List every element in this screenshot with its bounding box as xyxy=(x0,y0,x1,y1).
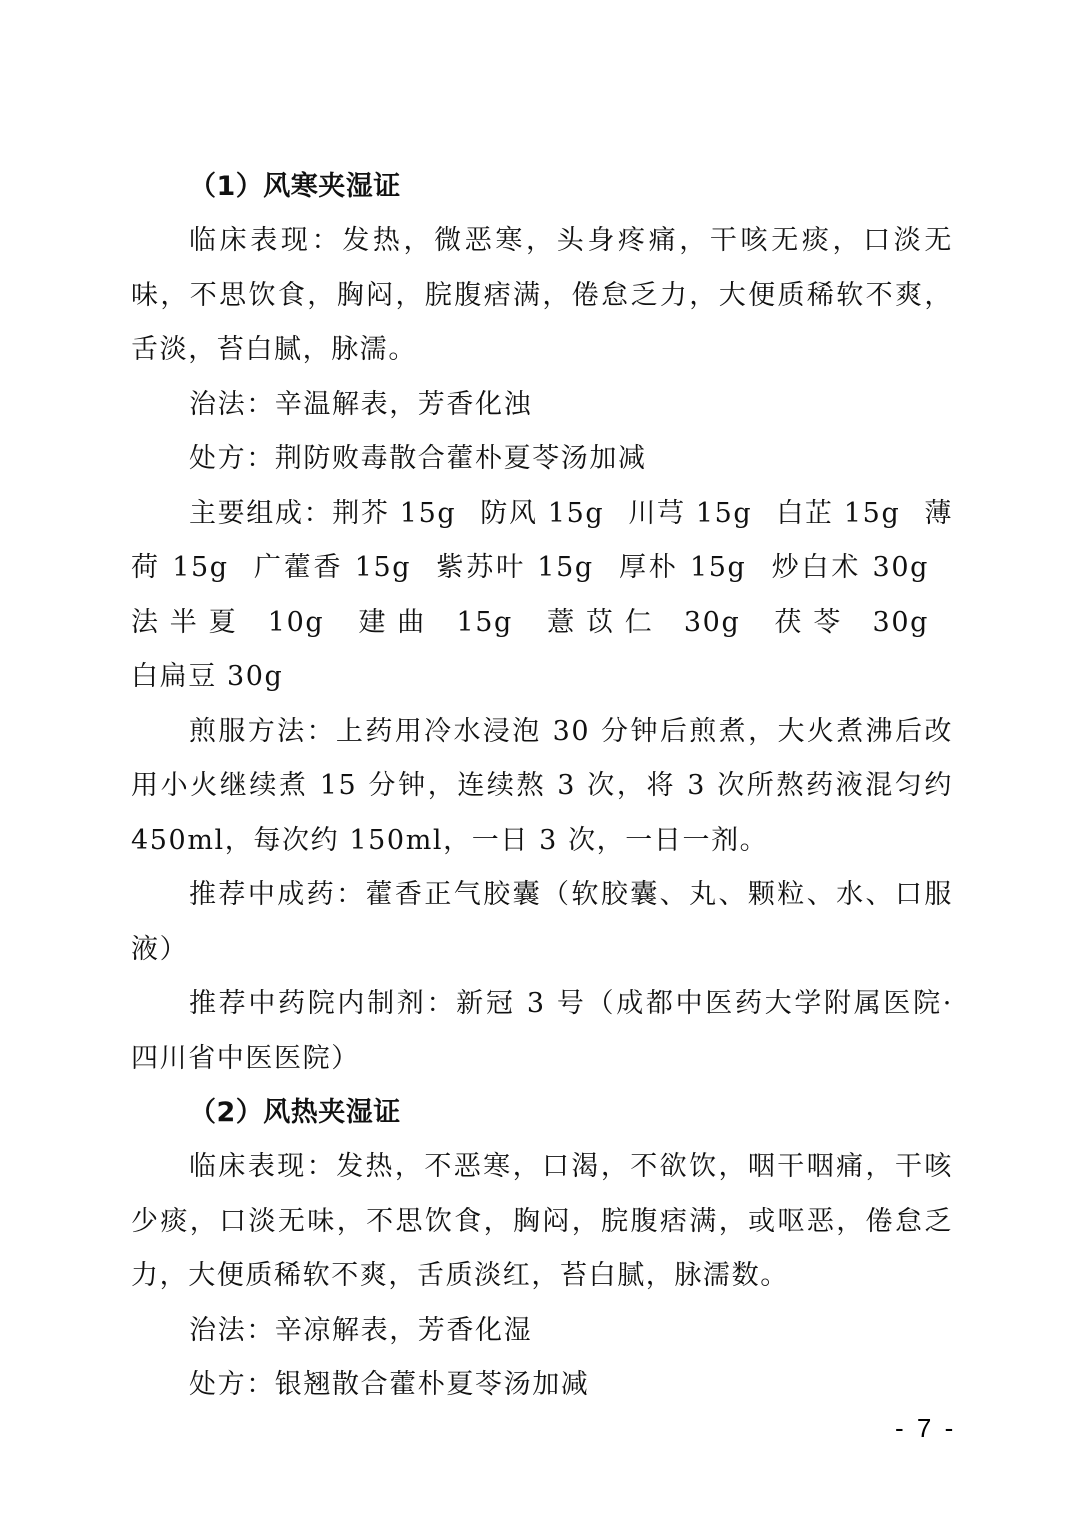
clinical-manifestation: 临床表现：发热，不恶寒，口渴，不欲饮，咽干咽痛，干咳少痰，口淡无味，不思饮食，胸… xyxy=(131,1140,953,1304)
ingredient: 荆芥 15g xyxy=(332,498,456,529)
prescription: 处方：荆防败毒散合藿朴夏苓汤加减 xyxy=(131,432,953,487)
ingredient: 建曲 15g xyxy=(348,607,513,638)
clinical-manifestation: 临床表现：发热，微恶寒，头身疼痛，干咳无痰，口淡无味，不思饮食，胸闷，脘腹痞满，… xyxy=(131,214,953,378)
ingredient: 薏苡仁 30g xyxy=(537,607,740,638)
treatment-method: 治法：辛温解表，芳香化浊 xyxy=(131,378,953,433)
ingredient: 紫苏叶 15g xyxy=(435,552,594,583)
ingredient: 防风 15g xyxy=(480,498,604,529)
composition-label: 主要组成： xyxy=(189,498,332,529)
ingredient: 炒白术 30g xyxy=(770,552,929,583)
ingredient: 茯苓 30g xyxy=(764,607,929,638)
composition: 主要组成：荆芥 15g防风 15g川芎 15g白芷 15g薄荷 15g广藿香 1… xyxy=(131,487,953,705)
treatment-method: 治法：辛凉解表，芳香化湿 xyxy=(131,1304,953,1359)
document-page: （1）风寒夹湿证 临床表现：发热，微恶寒，头身疼痛，干咳无痰，口淡无味，不思饮食… xyxy=(131,160,953,1413)
recommended-hospital-preparation: 推荐中药院内制剂：新冠 3 号（成都中医药大学附属医院·四川省中医医院） xyxy=(131,977,953,1086)
decoction-method: 煎服方法：上药用冷水浸泡 30 分钟后煎煮，大火煮沸后改用小火继续煮 15 分钟… xyxy=(131,705,953,869)
ingredient: 川芎 15g xyxy=(628,498,752,529)
ingredient: 广藿香 15g xyxy=(253,552,412,583)
ingredient: 白芷 15g xyxy=(776,498,900,529)
ingredient: 白扁豆 30g xyxy=(131,661,283,692)
prescription: 处方：银翘散合藿朴夏苓汤加减 xyxy=(131,1358,953,1413)
section-heading: （1）风寒夹湿证 xyxy=(131,160,953,214)
recommended-patent-medicine: 推荐中成药：藿香正气胶囊（软胶囊、丸、颗粒、水、口服液） xyxy=(131,868,953,977)
section-heading: （2）风热夹湿证 xyxy=(131,1086,953,1140)
ingredient: 厚朴 15g xyxy=(618,552,747,583)
page-number: - 7 - xyxy=(895,1413,956,1444)
ingredient: 法半夏 10g xyxy=(131,607,324,638)
